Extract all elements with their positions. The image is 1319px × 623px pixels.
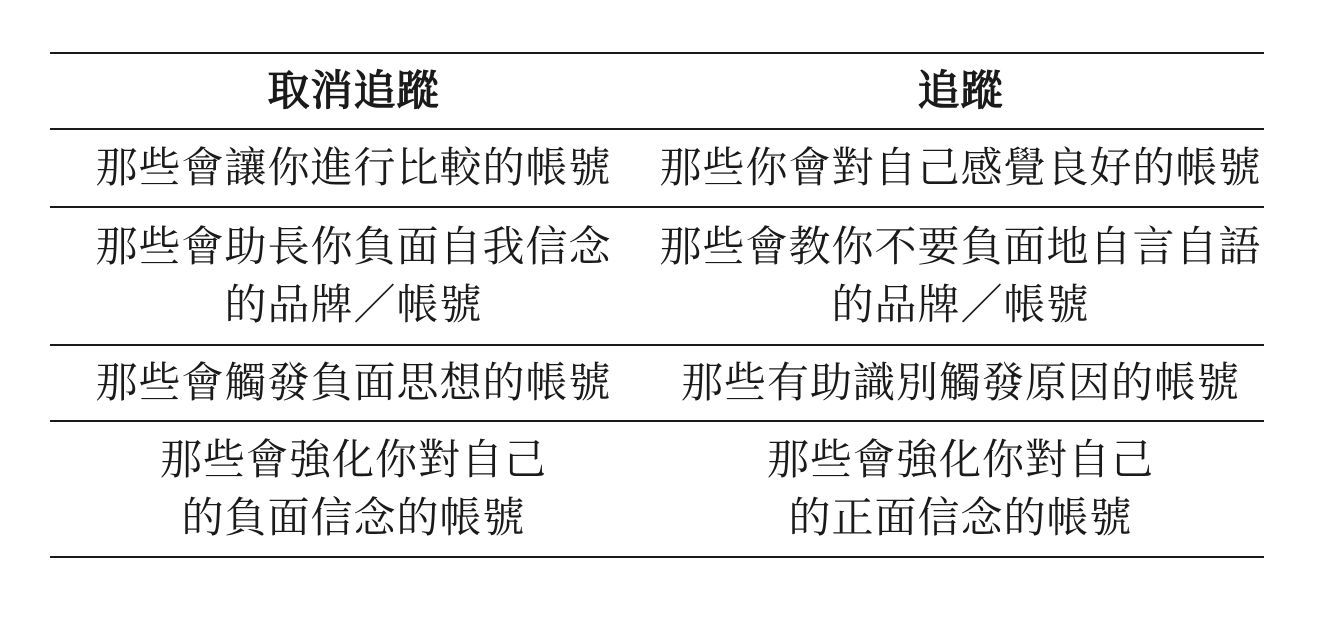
cell-unfollow-comparison: 那些會讓你進行比較的帳號 [50, 129, 657, 207]
table-row: 那些會強化你對自己 的負面信念的帳號 那些會強化你對自己 的正面信念的帳號 [50, 421, 1264, 557]
cell-unfollow-negative-self-belief-brands: 那些會助長你負面自我信念 的品牌／帳號 [50, 207, 657, 345]
column-header-unfollow: 取消追蹤 [50, 53, 657, 129]
header-row: 取消追蹤 追蹤 [50, 53, 1264, 129]
table-row: 那些會助長你負面自我信念 的品牌／帳號 那些會教你不要負面地自言自語 的品牌／帳… [50, 207, 1264, 345]
cell-follow-feel-good: 那些你會對自己感覺良好的帳號 [657, 129, 1264, 207]
cell-unfollow-negative-thought-triggers: 那些會觸發負面思想的帳號 [50, 345, 657, 421]
table-row: 那些會觸發負面思想的帳號 那些有助識別觸發原因的帳號 [50, 345, 1264, 421]
table-row: 那些會讓你進行比較的帳號 那些你會對自己感覺良好的帳號 [50, 129, 1264, 207]
cell-follow-identify-triggers: 那些有助識別觸發原因的帳號 [657, 345, 1264, 421]
follow-unfollow-table: 取消追蹤 追蹤 那些會讓你進行比較的帳號 那些你會對自己感覺良好的帳號 那些會助… [50, 52, 1264, 558]
cell-follow-no-negative-self-talk-brands: 那些會教你不要負面地自言自語 的品牌／帳號 [657, 207, 1264, 345]
page: 取消追蹤 追蹤 那些會讓你進行比較的帳號 那些你會對自己感覺良好的帳號 那些會助… [0, 0, 1319, 623]
cell-unfollow-reinforce-negative-beliefs: 那些會強化你對自己 的負面信念的帳號 [50, 421, 657, 557]
column-header-follow: 追蹤 [657, 53, 1264, 129]
cell-follow-reinforce-positive-beliefs: 那些會強化你對自己 的正面信念的帳號 [657, 421, 1264, 557]
